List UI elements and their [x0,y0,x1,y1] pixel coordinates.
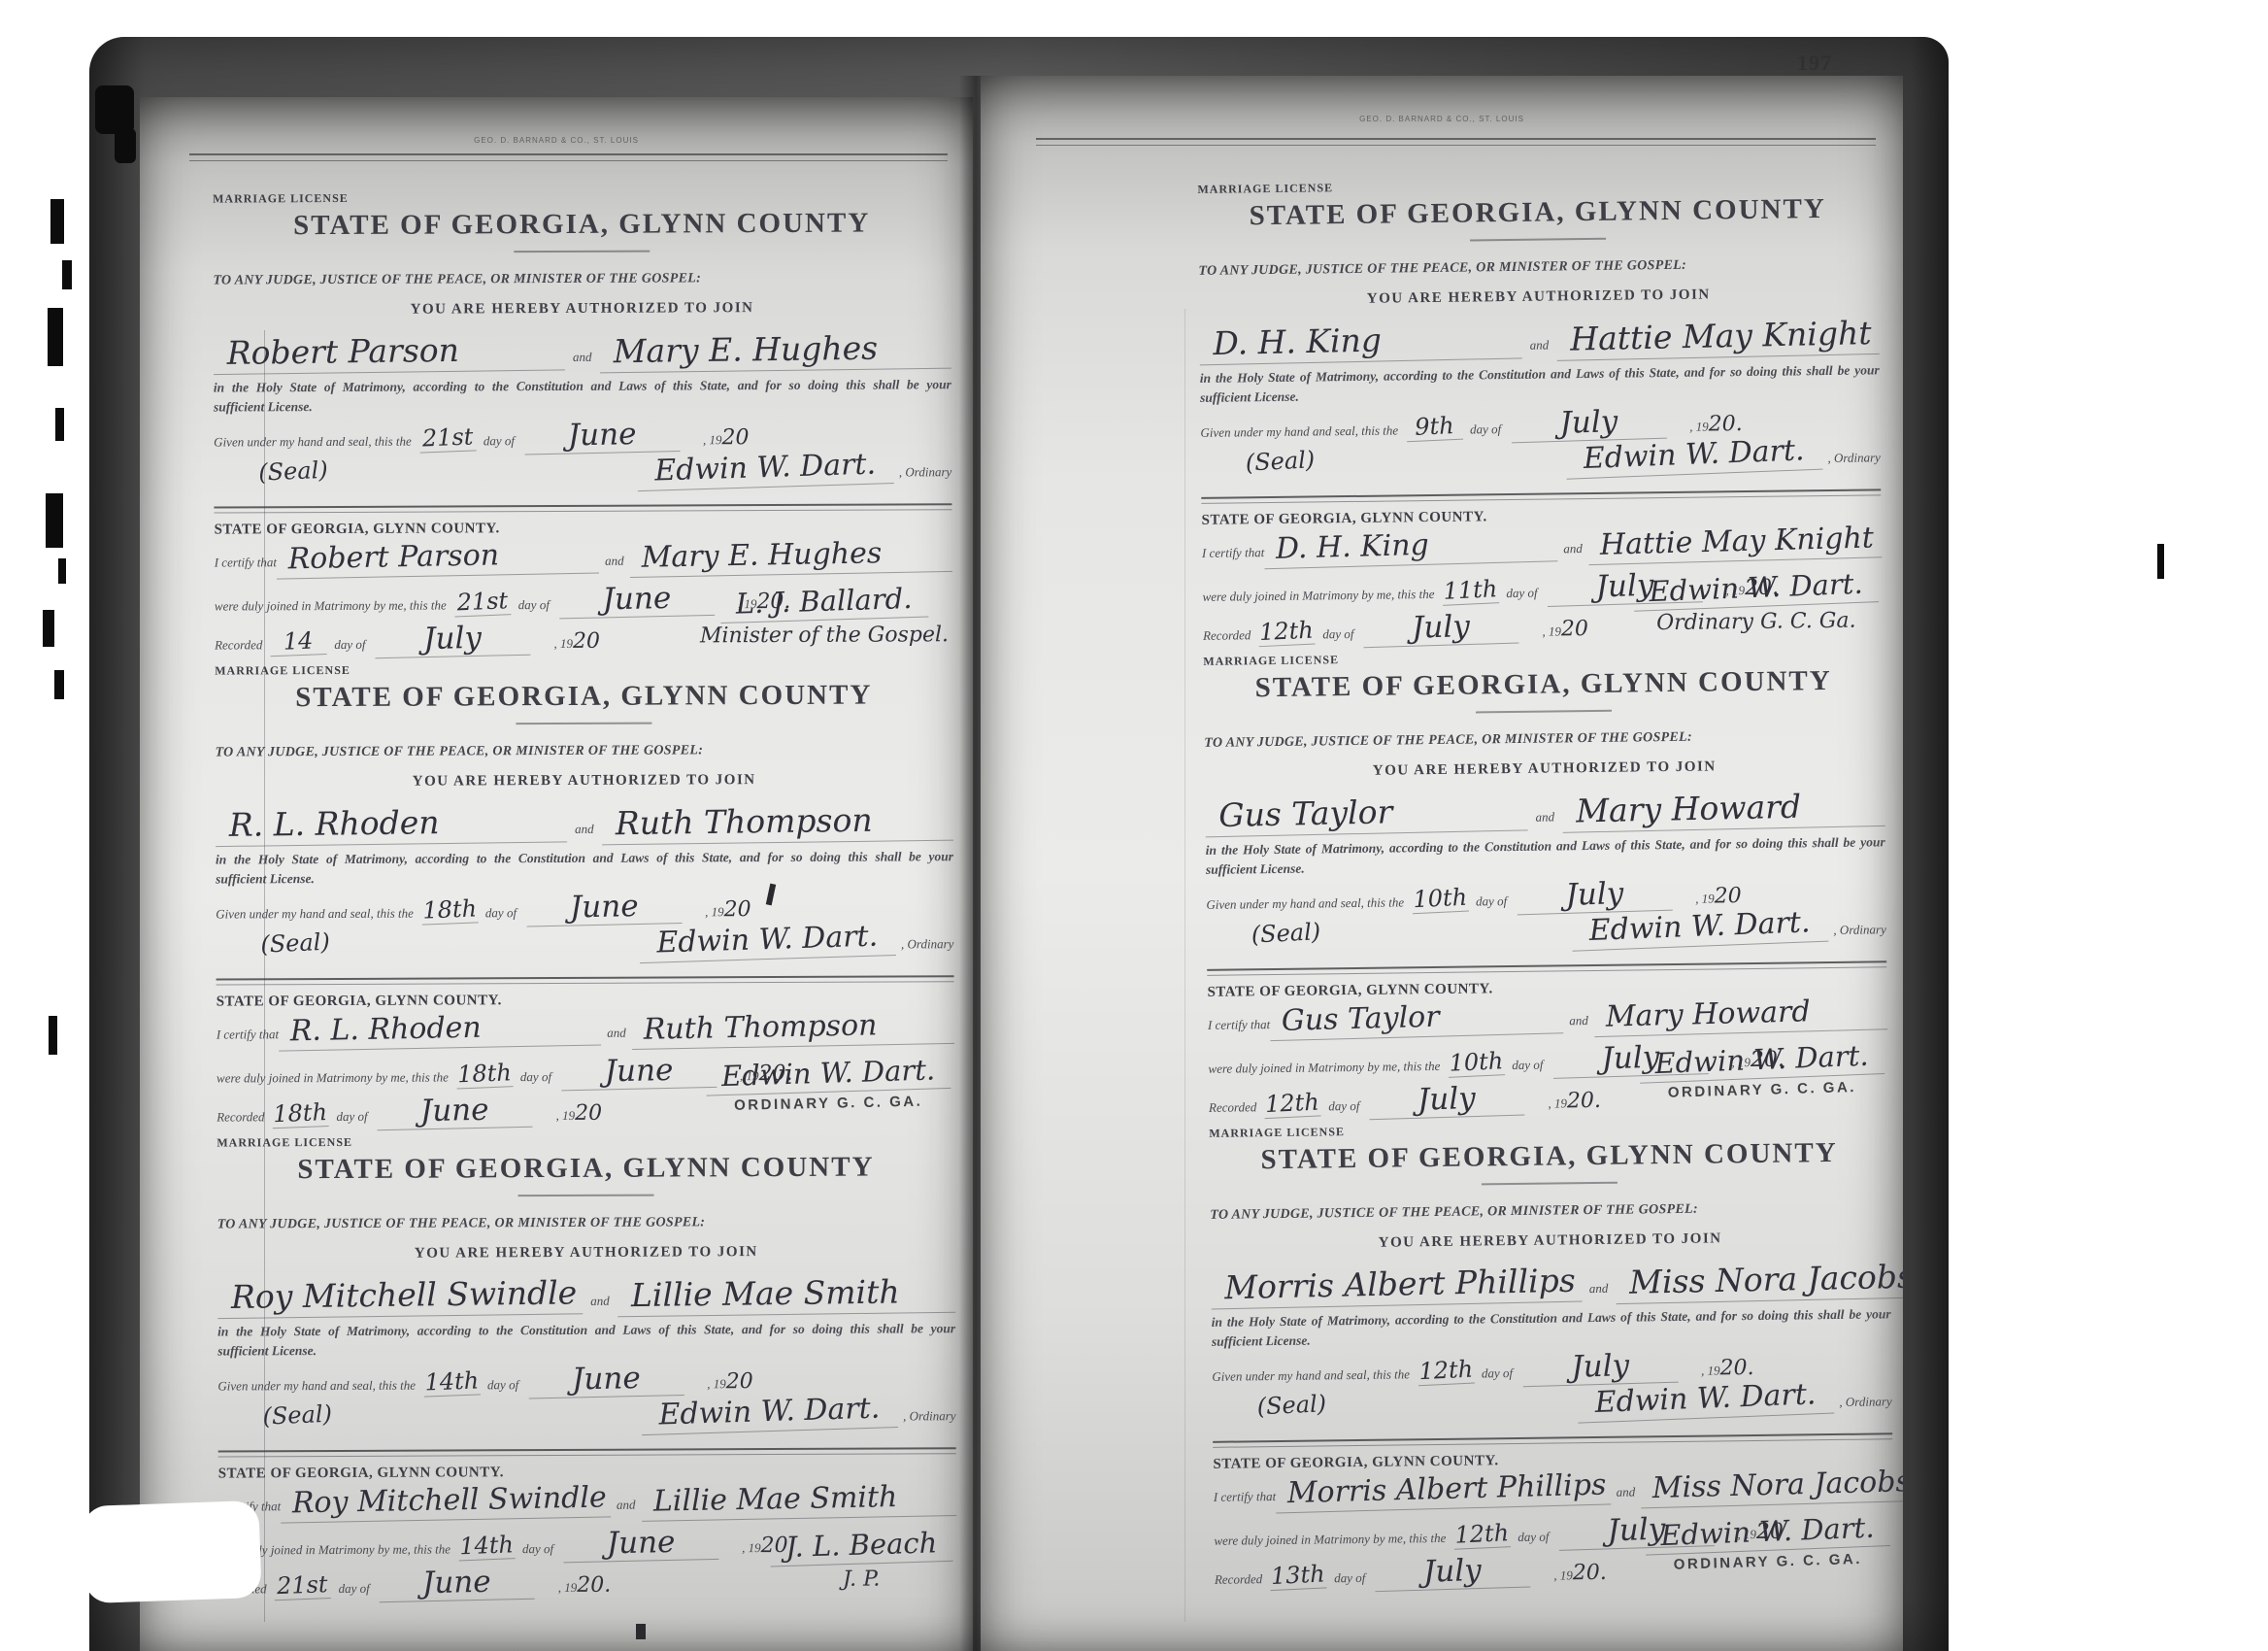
marriage-license-record: MARRIAGE LICENSE STATE OF GEORGIA, GLYNN… [1209,1118,1894,1599]
printed-year-prefix: , 19 [742,1540,761,1556]
ordinary-label: , Ordinary [899,464,951,480]
addressee-line: TO ANY JUDGE, JUSTICE OF THE PEACE, OR M… [217,1214,955,1232]
and-label: and [1617,1484,1636,1499]
certificate-names-line: I certify that Robert Parson and Mary E.… [215,537,952,583]
authorization-line: YOU ARE HEREBY AUTHORIZED TO JOIN [216,771,953,791]
couple-names-line: Gus Taylor and Mary Howard [1205,787,1885,840]
scan-artifact [46,493,63,548]
couple-names-line: Roy Mitchell Swindle and Lillie Mae Smit… [217,1273,955,1321]
day-of-label: day of [520,1069,551,1085]
recorded-day: 12th [1264,1088,1321,1119]
day-of-label: day of [1512,1058,1543,1073]
form-title: STATE OF GEORGIA, GLYNN COUNTY [1204,664,1884,705]
matrimony-clause: in the Holy State of Matrimony, accordin… [216,848,953,869]
seal-notation: (Seal) [1245,446,1316,476]
section-divider [217,975,954,985]
recorded-month: July [1369,1079,1525,1120]
marriage-day: 14th [457,1531,515,1561]
left-page-content: MARRIAGE LICENSE STATE OF GEORGIA, GLYNN… [140,97,973,1608]
ordinary-label: , Ordinary [901,936,953,952]
record-type-label: MARRIAGE LICENSE [215,660,952,678]
certificate-groom-name: R. L. Rhoden [279,1008,602,1051]
recorded-date-line: Recorded 14 day of July , 1920 [215,620,672,660]
certificate-title: STATE OF GEORGIA, GLYNN COUNTY. [218,1463,956,1482]
officiant-signature: Edwin W. Dart. [1639,1038,1884,1084]
marriage-record-slot: MARRIAGE LICENSE STATE OF GEORGIA, GLYNN… [1197,174,1883,655]
matrimony-clause: in the Holy State of Matrimony, accordin… [214,376,951,397]
marriage-record-slot: MARRIAGE LICENSE STATE OF GEORGIA, GLYNN… [1209,1118,1894,1599]
license-month: June [528,1360,684,1398]
license-day: 12th [1417,1355,1474,1386]
ordinary-label: , Ordinary [903,1408,955,1424]
ordinary-signature-line: Edwin W. Dart. , Ordinary [1565,435,1881,476]
right-page: GEO. D. BARNARD & CO., ST. LOUIS MARRIAG… [981,76,1903,1651]
marriage-record-slot: MARRIAGE LICENSE STATE OF GEORGIA, GLYNN… [217,1132,956,1607]
scan-artifact [636,1624,646,1639]
certify-prefix: I certify that [1202,545,1264,561]
day-of-label: day of [1476,893,1507,909]
form-title: STATE OF GEORGIA, GLYNN COUNTY [217,1151,954,1186]
addressee-line: TO ANY JUDGE, JUSTICE OF THE PEACE, OR M… [1210,1199,1889,1224]
certificate-groom-name: Roy Mitchell Swindle [281,1480,611,1523]
sufficient-license-line: sufficient License. [216,868,953,887]
certify-prefix: I certify that [1208,1017,1270,1033]
certify-prefix: I certify that [217,1027,279,1042]
officiant-title: J. P. [770,1567,952,1592]
certificate-bride-name: Mary Howard [1593,993,1887,1037]
title-rule [1476,710,1612,714]
authorization-line: YOU ARE HEREBY AUTHORIZED TO JOIN [1199,285,1879,310]
license-day: 9th [1405,412,1462,443]
marriage-month: June [561,1052,717,1091]
certificate-names-line: I certify that Roy Mitchell Swindle and … [218,1481,956,1527]
groom-name: Robert Parson [213,329,565,375]
recorded-day: 18th [272,1098,329,1129]
day-of-label: day of [1322,626,1353,642]
bride-name: Mary E. Hughes [599,328,951,374]
seal-notation: (Seal) [1251,918,1321,948]
joined-prefix: were duly joined in Matrimony by me, thi… [1214,1531,1446,1549]
seal-and-signature-row: (Seal) Edwin W. Dart. , Ordinary [217,1398,955,1444]
and-label: and [1535,809,1554,825]
recorded-year: 20 [573,629,600,654]
given-prefix: Given under my hand and seal, this the [1212,1366,1410,1384]
certify-prefix: I certify that [1214,1489,1276,1505]
license-year: 20 [726,1369,753,1394]
day-of-label: day of [1482,1365,1513,1381]
marriage-day: 21st [453,587,511,617]
certificate-names-line: I certify that R. L. Rhoden and Ruth Tho… [217,1009,954,1055]
officiant-block: Edwin W. Dart. ORDINARY G. C. GA. [706,1056,951,1112]
recorded-date-line: Recorded 12th day of July , 1920 [1203,607,1624,651]
scan-artifact [43,610,54,647]
marriage-month: June [559,580,716,619]
ordinary-signature-line: Edwin W. Dart. , Ordinary [1571,907,1886,948]
authorization-line: YOU ARE HEREBY AUTHORIZED TO JOIN [214,299,951,319]
license-year: 20 [721,425,749,450]
ordinary-signature: Edwin W. Dart. [637,447,894,491]
couple-names-line: Morris Albert Phillips and Miss Nora Jac… [1211,1259,1891,1312]
authorization-line: YOU ARE HEREBY AUTHORIZED TO JOIN [1211,1229,1890,1254]
addressee-line: TO ANY JUDGE, JUSTICE OF THE PEACE, OR M… [216,742,953,760]
sufficient-license-line: sufficient License. [217,1340,955,1359]
marriage-license-record: MARRIAGE LICENSE STATE OF GEORGIA, GLYNN… [217,1132,956,1607]
couple-names-line: Robert Parson and Mary E. Hughes [214,329,951,377]
recorded-month: July [1363,607,1519,648]
joined-prefix: were duly joined in Matrimony by me, thi… [215,597,447,614]
officiant-signature: L. J. Ballard. [720,581,929,623]
groom-name: R. L. Rhoden [216,801,568,847]
certificate-groom-name: Gus Taylor [1270,996,1564,1041]
recorded-date-line: Recorded 18th day of June , 1920 [217,1092,674,1132]
officiant-block: Edwin W. Dart. Ordinary G. C. Ga. [1633,569,1879,635]
day-of-label: day of [339,1581,370,1597]
record-footer: Recorded 18th day of June , 1920 Edwin W… [217,1091,954,1132]
scan-artifact [48,308,63,366]
license-month: July [1511,403,1667,444]
page-number-right: 197 [1797,51,1832,76]
addressee-line: TO ANY JUDGE, JUSTICE OF THE PEACE, OR M… [213,270,951,288]
marriage-certificate: STATE OF GEORGIA, GLYNN COUNTY. I certif… [1207,976,1888,1124]
marriage-record-slot: MARRIAGE LICENSE STATE OF GEORGIA, GLYNN… [1203,646,1888,1127]
marriage-certificate: STATE OF GEORGIA, GLYNN COUNTY. I certif… [1213,1448,1894,1596]
record-footer: Recorded 14 day of July , 1920 L. J. Bal… [215,619,952,660]
printed-year-prefix: , 19 [1689,419,1709,434]
day-of-label: day of [1334,1570,1365,1586]
scan-artifact [50,199,64,244]
section-divider [218,1447,956,1457]
marriage-record-slot: MARRIAGE LICENSE STATE OF GEORGIA, GLYNN… [215,660,954,1135]
bride-name: Ruth Thompson [601,800,953,846]
printed-year-prefix: , 19 [707,1376,726,1392]
certificate-groom-name: Morris Albert Phillips [1276,1467,1612,1513]
left-page: GEO. D. BARNARD & CO., ST. LOUIS MARRIAG… [140,97,973,1651]
and-label: and [1569,1013,1588,1028]
joined-prefix: were duly joined in Matrimony by me, thi… [1202,587,1434,605]
scan-artifact [54,670,64,699]
seal-and-signature-row: (Seal) Edwin W. Dart. , Ordinary [214,455,951,500]
certificate-bride-name: Hattie May Knight [1587,521,1882,565]
section-divider [1207,960,1886,976]
record-type-label: MARRIAGE LICENSE [213,188,951,206]
day-of-label: day of [1470,421,1501,437]
officiant-signature: J. L. Beach [769,1526,952,1567]
given-prefix: Given under my hand and seal, this the [216,906,414,923]
marriage-certificate: STATE OF GEORGIA, GLYNN COUNTY. I certif… [215,519,953,660]
ordinary-signature-line: Edwin W. Dart. , Ordinary [637,450,951,488]
license-day: 21st [418,422,476,453]
seal-and-signature-row: (Seal) Edwin W. Dart. , Ordinary [1213,1384,1892,1435]
recorded-label: Recorded [1203,627,1251,644]
recorded-day: 13th [1270,1560,1327,1591]
recorded-month: July [1375,1551,1531,1592]
authorization-line: YOU ARE HEREBY AUTHORIZED TO JOIN [217,1243,955,1263]
marriage-month: June [563,1524,719,1563]
recorded-label: Recorded [1209,1099,1257,1116]
marriage-day: 11th [1442,575,1499,606]
certificate-groom-name: D. H. King [1264,524,1558,569]
ordinary-label: , Ordinary [1833,922,1886,938]
seal-and-signature-row: (Seal) Edwin W. Dart. , Ordinary [216,927,953,972]
certificate-bride-name: Ruth Thompson [631,1007,954,1050]
officiant-signature: Edwin W. Dart. [705,1053,951,1096]
officiant-title: Ordinary G. C. Ga. [1634,608,1879,635]
scan-artifact [58,558,66,584]
printed-year-prefix: , 19 [1701,1363,1720,1378]
ordinary-signature: Edwin W. Dart. [641,1391,898,1435]
scan-artifact [115,128,136,163]
ordinary-signature: Edwin W. Dart. [639,919,896,963]
printed-year-prefix: , 19 [558,1580,578,1596]
recorded-month: June [379,1564,535,1602]
seal-notation: (Seal) [1256,1390,1327,1420]
printed-year-prefix: , 19 [1542,623,1561,639]
recorded-year: 20. [577,1573,611,1598]
recorded-day: 12th [1258,616,1316,647]
license-month: July [1522,1346,1679,1387]
record-footer: Recorded 21st day of June , 1920. J. L. … [218,1563,956,1604]
day-of-label: day of [336,1109,367,1125]
printed-year-prefix: , 19 [703,432,722,448]
license-month: July [1517,875,1673,916]
scan-artifact [62,260,72,289]
printed-year-prefix: , 19 [553,636,573,652]
recorded-year: 20 [1561,617,1588,641]
addressee-line: TO ANY JUDGE, JUSTICE OF THE PEACE, OR M… [1198,255,1878,280]
marriage-certificate: STATE OF GEORGIA, GLYNN COUNTY. I certif… [217,991,955,1132]
joined-prefix: were duly joined in Matrimony by me, thi… [1208,1059,1440,1077]
and-label: and [1589,1281,1609,1297]
officiant-title: Minister of the Gospel. [700,623,949,648]
form-title: STATE OF GEORGIA, GLYNN COUNTY [215,679,952,714]
ordinary-label: , Ordinary [1839,1394,1892,1410]
recorded-day: 14 [270,626,327,657]
certify-prefix: I certify that [215,555,277,570]
certificate-groom-name: Robert Parson [277,536,600,579]
bride-name: Hattie May Knight [1556,314,1880,361]
given-prefix: Given under my hand and seal, this the [1206,894,1404,912]
recorded-year: 20. [1567,1089,1601,1113]
addressee-line: TO ANY JUDGE, JUSTICE OF THE PEACE, OR M… [1204,727,1884,752]
given-prefix: Given under my hand and seal, this the [217,1378,416,1395]
section-divider [1213,1432,1892,1448]
marriage-record-slot: MARRIAGE LICENSE STATE OF GEORGIA, GLYNN… [213,188,952,663]
officiant-block: Edwin W. Dart. ORDINARY G. C. GA. [1639,1041,1884,1099]
title-rule [1470,238,1606,242]
license-day: 18th [420,894,478,925]
license-month: June [526,888,683,927]
section-divider [1201,489,1881,504]
license-day: 10th [1411,883,1468,914]
license-year: 20 [1714,884,1741,908]
recorded-label: Recorded [1215,1571,1263,1588]
officiant-block: Edwin W. Dart. ORDINARY G. C. GA. [1645,1513,1890,1571]
certificate-bride-name: Lillie Mae Smith [641,1479,956,1522]
right-page-content: MARRIAGE LICENSE STATE OF GEORGIA, GLYNN… [981,76,1903,1601]
day-of-label: day of [334,637,365,653]
groom-name: Morris Albert Phillips [1211,1262,1582,1310]
marriage-certificate: STATE OF GEORGIA, GLYNN COUNTY. I certif… [218,1463,957,1604]
license-year: 20. [1719,1356,1753,1380]
printed-year-prefix: , 19 [1548,1095,1567,1111]
officiant-title: ORDINARY G. C. GA. [706,1093,951,1114]
bride-name: Lillie Mae Smith [617,1272,955,1318]
seal-and-signature-row: (Seal) Edwin W. Dart. , Ordinary [1207,912,1886,963]
officiant-signature: Edwin W. Dart. [1633,566,1879,612]
marriage-certificate: STATE OF GEORGIA, GLYNN COUNTY. I certif… [1201,504,1883,652]
day-of-label: day of [522,1541,553,1557]
ordinary-signature-line: Edwin W. Dart. , Ordinary [639,922,953,960]
authorization-line: YOU ARE HEREBY AUTHORIZED TO JOIN [1205,757,1884,782]
day-of-label: day of [1518,1529,1549,1544]
and-label: and [617,1498,636,1513]
couple-names-line: R. L. Rhoden and Ruth Thompson [216,801,953,849]
joined-prefix: were duly joined in Matrimony by me, thi… [217,1069,449,1086]
scan-artifact [95,85,134,134]
ordinary-signature-line: Edwin W. Dart. , Ordinary [1577,1379,1892,1420]
bride-name: Miss Nora Jacobs [1616,1258,1903,1305]
marriage-day: 12th [1453,1519,1511,1550]
groom-name: Roy Mitchell Swindle [217,1273,584,1319]
title-rule [514,251,650,253]
form-title: STATE OF GEORGIA, GLYNN COUNTY [1198,192,1878,233]
license-year: 20. [1709,412,1743,436]
recorded-year: 20. [1573,1561,1607,1585]
license-month: June [524,416,681,455]
seal-notation: (Seal) [262,1400,332,1431]
section-divider [214,503,951,513]
title-rule [518,1195,654,1197]
couple-names-line: D. H. King and Hattie May Knight [1199,315,1880,368]
recorded-date-line: Recorded 12th day of July , 1920. [1209,1079,1630,1123]
certificate-title: STATE OF GEORGIA, GLYNN COUNTY. [217,991,954,1010]
marriage-license-record: MARRIAGE LICENSE STATE OF GEORGIA, GLYNN… [1203,646,1888,1127]
certificate-title: STATE OF GEORGIA, GLYNN COUNTY. [215,519,952,538]
recorded-label: Recorded [217,1109,264,1125]
groom-name: D. H. King [1199,318,1522,365]
seal-and-signature-row: (Seal) Edwin W. Dart. , Ordinary [1201,440,1881,491]
recorded-month: June [377,1092,533,1130]
certificate-bride-name: Mary E. Hughes [629,535,952,578]
day-of-label: day of [485,905,517,921]
record-footer: Recorded 13th day of July , 1920. Edwin … [1215,1548,1894,1596]
scan-artifact [82,1500,261,1603]
record-book-scan: 196 197 GEO. D. BARNARD & CO., ST. LOUIS… [89,37,1949,1651]
scan-artifact [55,408,64,441]
bride-name: Mary Howard [1562,786,1885,833]
record-footer: Recorded 12th day of July , 1920. Edwin … [1209,1076,1888,1124]
recorded-date-line: Recorded 13th day of July , 1920. [1215,1551,1636,1595]
certificate-bride-name: Miss Nora Jacobs [1641,1465,1903,1508]
marriage-license-record: MARRIAGE LICENSE STATE OF GEORGIA, GLYNN… [215,660,954,1135]
printed-year-prefix: , 19 [556,1108,576,1124]
ordinary-label: , Ordinary [1827,450,1881,466]
license-year: 20 [723,897,750,922]
given-prefix: Given under my hand and seal, this the [214,434,412,451]
and-label: and [605,554,624,569]
officiant-block: J. L. Beach J. P. [770,1528,952,1592]
day-of-label: day of [487,1377,518,1393]
form-title: STATE OF GEORGIA, GLYNN COUNTY [1209,1136,1888,1177]
form-title: STATE OF GEORGIA, GLYNN COUNTY [213,207,951,242]
marriage-license-record: MARRIAGE LICENSE STATE OF GEORGIA, GLYNN… [213,188,952,663]
recorded-label: Recorded [215,637,262,653]
recorded-year: 20 [575,1101,602,1126]
record-footer: Recorded 12th day of July , 1920 Edwin W… [1203,604,1883,652]
day-of-label: day of [484,433,515,449]
groom-name: Gus Taylor [1205,790,1528,837]
seal-notation: (Seal) [258,456,328,487]
ordinary-signature-line: Edwin W. Dart. , Ordinary [641,1394,955,1432]
title-rule [1482,1182,1618,1186]
day-of-label: day of [1506,586,1537,601]
recorded-month: July [375,620,531,658]
and-label: and [575,822,594,837]
and-label: and [607,1026,626,1041]
printed-year-prefix: , 19 [705,904,724,920]
day-of-label: day of [1328,1098,1359,1114]
sufficient-license-line: sufficient License. [214,396,951,415]
record-type-label: MARRIAGE LICENSE [217,1132,954,1150]
day-of-label: day of [518,597,550,613]
license-day: 14th [422,1366,480,1397]
and-label: and [573,350,592,365]
scan-artifact [49,1016,57,1055]
given-prefix: Given under my hand and seal, this the [1200,422,1398,440]
officiant-signature: Edwin W. Dart. [1645,1510,1890,1556]
and-label: and [590,1294,610,1309]
recorded-date-line: Recorded 21st day of June , 1920. [218,1564,676,1604]
scan-artifact [2157,544,2164,579]
matrimony-clause: in the Holy State of Matrimony, accordin… [217,1320,955,1341]
and-label: and [1530,338,1550,354]
officiant-block: L. J. Ballard. Minister of the Gospel. [700,584,949,648]
marriage-license-record: MARRIAGE LICENSE STATE OF GEORGIA, GLYNN… [1197,174,1883,655]
marriage-day: 10th [1448,1047,1505,1078]
seal-notation: (Seal) [260,928,330,959]
recorded-day: 21st [274,1570,331,1600]
printed-year-prefix: , 19 [1695,891,1715,906]
title-rule [516,723,651,725]
and-label: and [1563,541,1583,556]
printed-year-prefix: , 19 [1553,1567,1573,1583]
marriage-day: 18th [455,1059,513,1089]
